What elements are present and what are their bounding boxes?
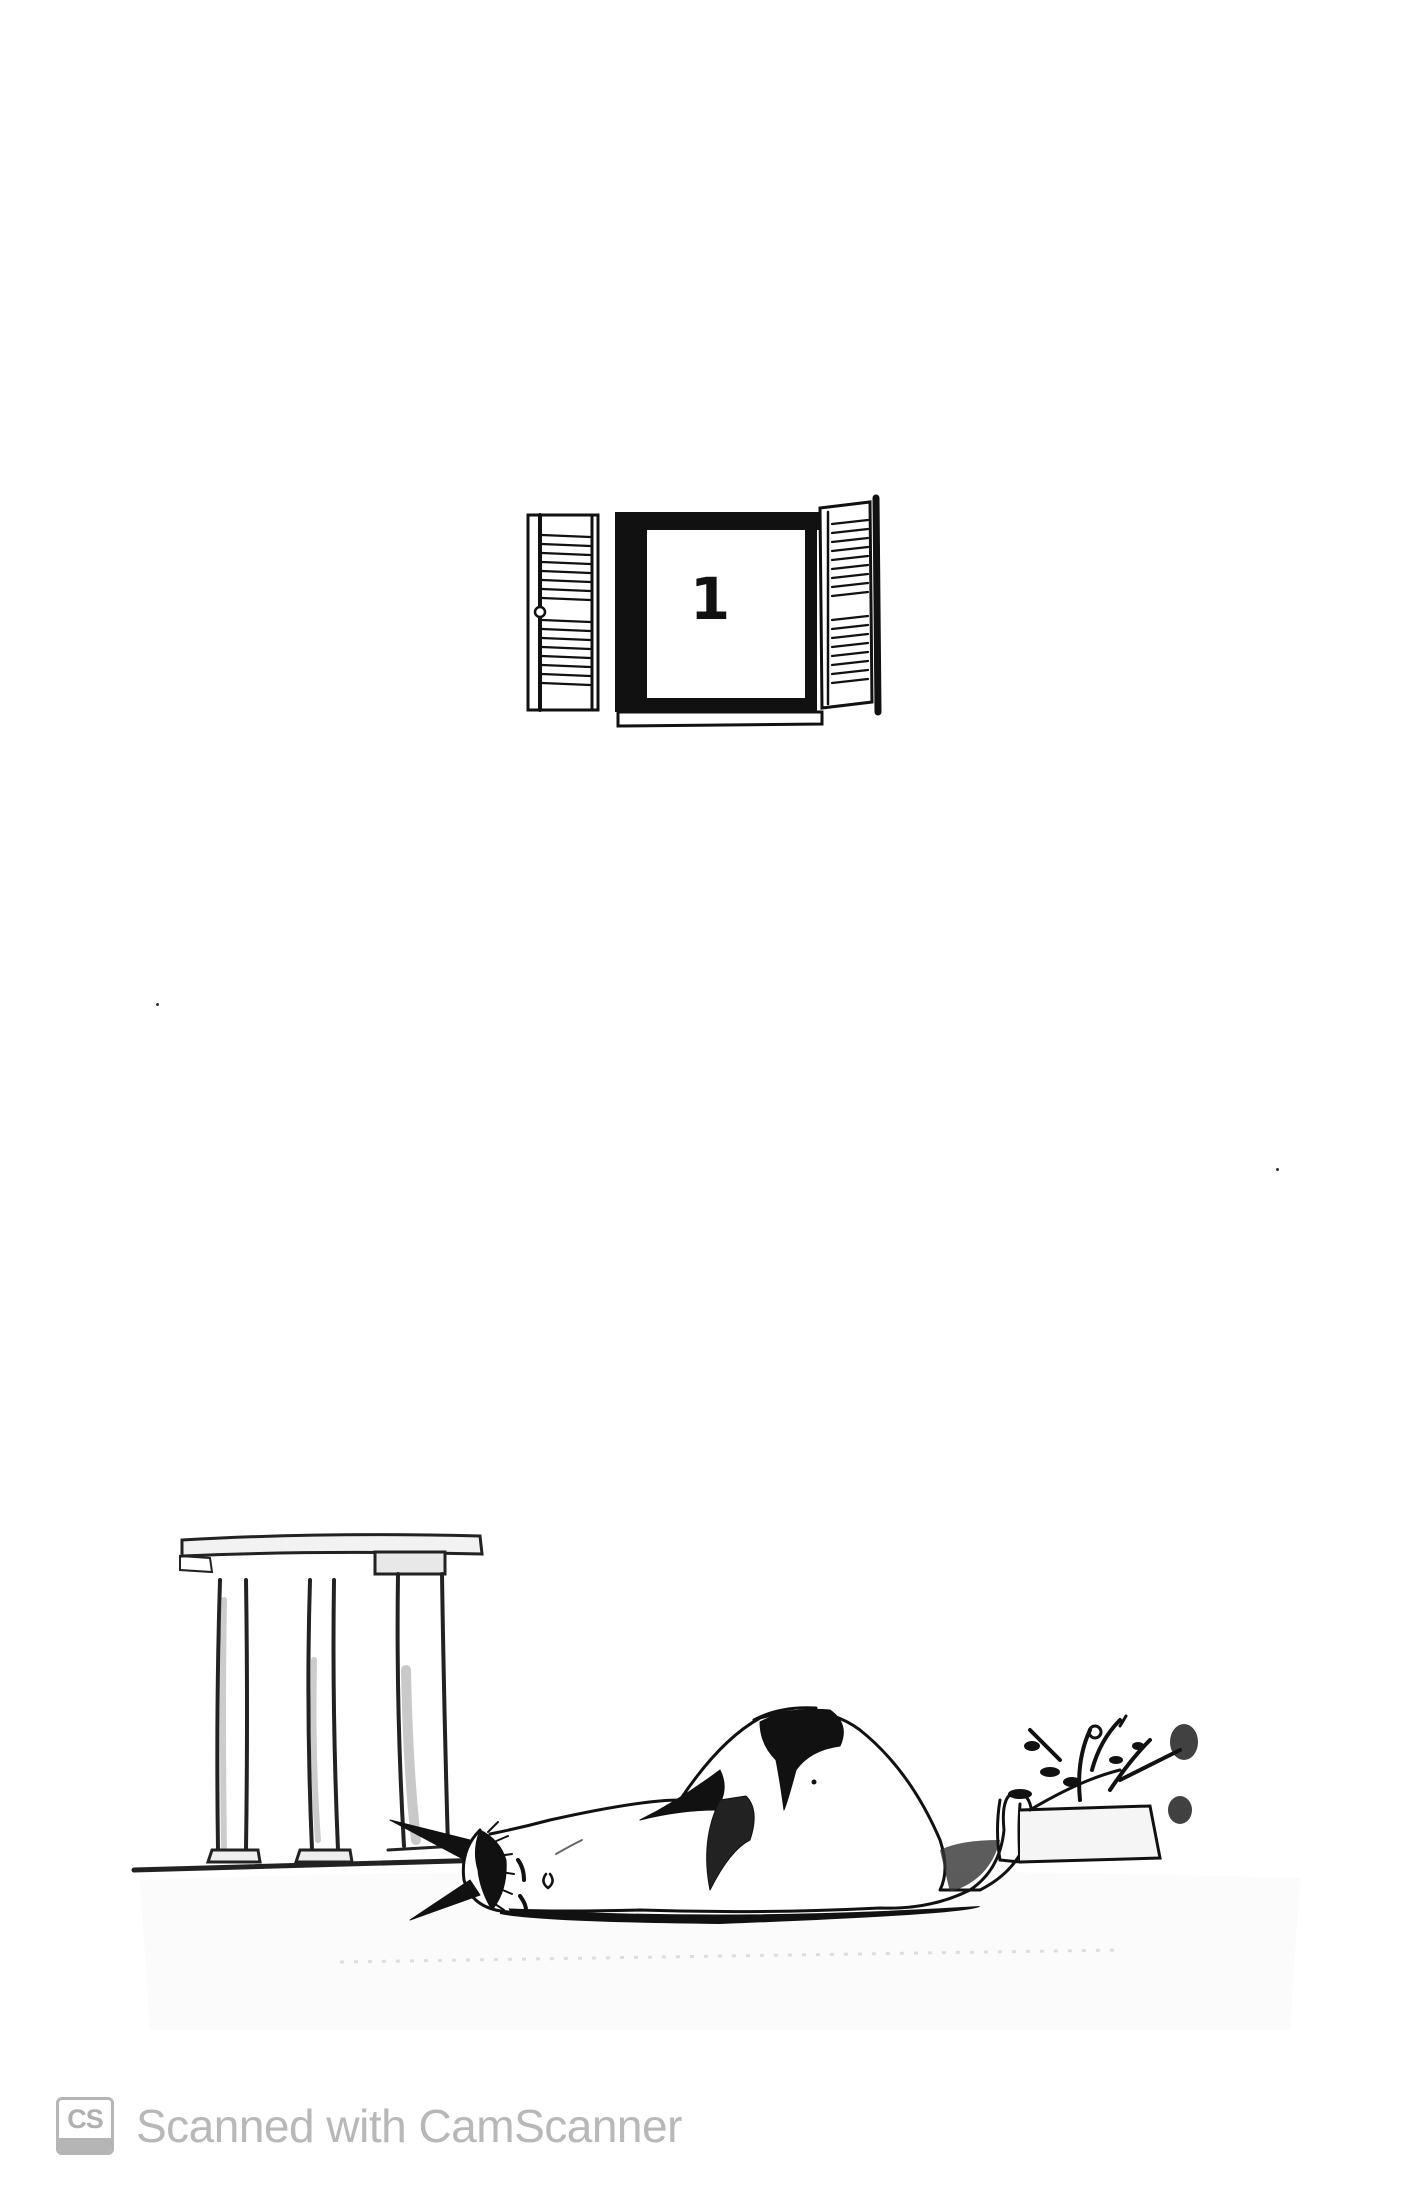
watermark-text: Scanned with CamScanner	[136, 2099, 682, 2153]
camscanner-logo-bar	[59, 2138, 111, 2152]
scanned-book-page: 1	[0, 0, 1408, 2208]
page-number: 1	[670, 570, 750, 628]
sleeping-cat-illustration	[120, 1510, 1320, 2030]
camscanner-logo-icon: CS	[56, 2097, 114, 2155]
camscanner-logo-text: CS	[59, 2104, 111, 2135]
window-illustration: 1	[510, 480, 890, 730]
sleeping-cat-scene-icon	[120, 1510, 1320, 2030]
scan-speck	[156, 1003, 159, 1006]
potted-plant-icon	[998, 1716, 1199, 1862]
scan-speck	[1276, 1168, 1279, 1171]
camscanner-watermark: CS Scanned with CamScanner	[56, 2094, 682, 2158]
columns-icon	[120, 1535, 490, 1870]
cat-icon	[390, 1708, 1032, 1924]
